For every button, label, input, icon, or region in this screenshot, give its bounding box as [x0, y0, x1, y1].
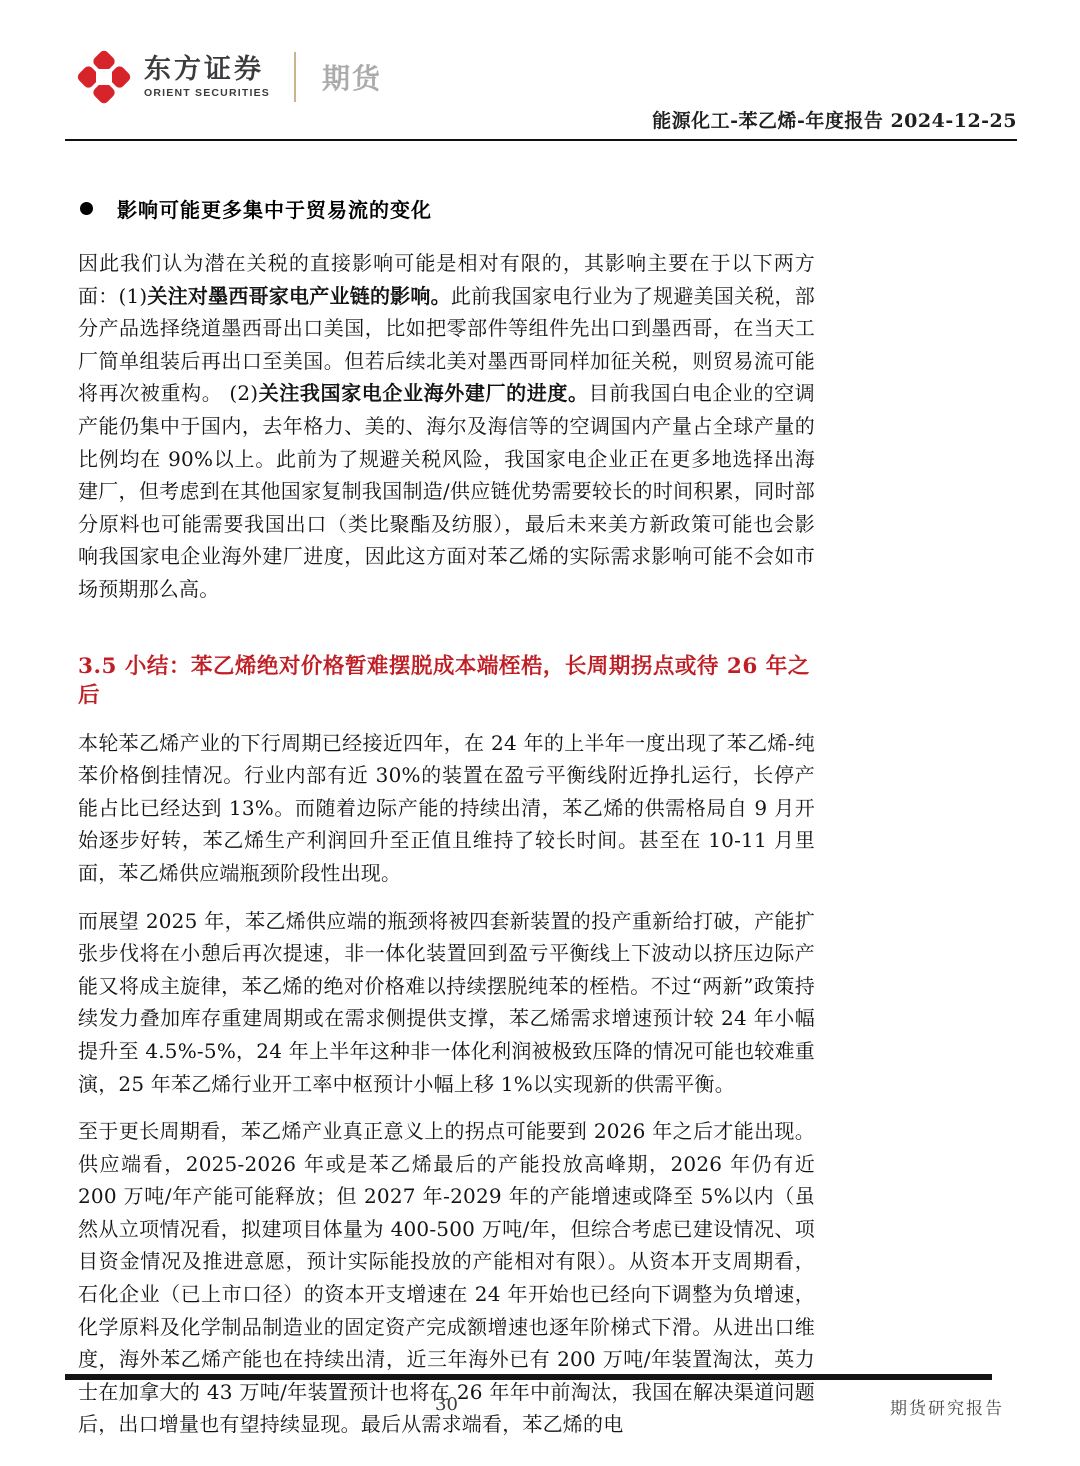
- brand-name: 东方证券 ORIENT SECURITIES: [144, 55, 270, 100]
- report-page: 东方证券 ORIENT SECURITIES 期货 能源化工-苯乙烯-年度报告 …: [0, 0, 1080, 1466]
- brand-name-en: ORIENT SECURITIES: [144, 87, 270, 99]
- paragraph-tariff-impact: 因此我们认为潜在关税的直接影响可能是相对有限的，其影响主要在于以下两方面：(1)…: [78, 247, 815, 606]
- bullet-heading: 影响可能更多集中于贸易流的变化: [78, 194, 815, 223]
- para1-seg4-bold: 关注我国家电企业海外建厂的进度。: [258, 381, 588, 405]
- brand-divider: [294, 52, 296, 102]
- footer-label: 期货研究报告: [890, 1394, 1004, 1419]
- paragraph-current-cycle: 本轮苯乙烯产业的下行周期已经接近四年，在 24 年的上半年一度出现了苯乙烯-纯苯…: [78, 727, 815, 890]
- bullet-heading-text: 影响可能更多集中于贸易流的变化: [117, 194, 432, 223]
- section-heading-3-5: 3.5 小结：苯乙烯绝对价格暂难摆脱成本端桎梏，长周期拐点或待 26 年之后: [78, 652, 815, 710]
- brand-area: 东方证券 ORIENT SECURITIES 期货: [76, 45, 382, 109]
- paragraph-2025-outlook: 而展望 2025 年，苯乙烯供应端的瓶颈将被四套新装置的投产重新给打破，产能扩张…: [78, 905, 815, 1101]
- bullet-dot-icon: [80, 202, 93, 215]
- orient-securities-logo-icon: [76, 49, 133, 106]
- brand-name-cn: 东方证券: [144, 55, 270, 85]
- header-rule: [65, 139, 1017, 141]
- page-header: 东方证券 ORIENT SECURITIES 期货 能源化工-苯乙烯-年度报告 …: [0, 0, 1080, 142]
- division-tag: 期货: [322, 57, 382, 97]
- para1-seg5: 目前我国白电企业的空调产能仍集中于国内，去年格力、美的、海尔及海信等的空调国内产…: [78, 381, 815, 601]
- page-footer: 30 期货研究报告: [0, 1374, 1080, 1466]
- footer-rule: [65, 1374, 992, 1380]
- report-title-date: 能源化工-苯乙烯-年度报告 2024-12-25: [652, 106, 1017, 133]
- document-body: 影响可能更多集中于贸易流的变化 因此我们认为潜在关税的直接影响可能是相对有限的，…: [78, 194, 815, 1456]
- page-number: 30: [78, 1394, 815, 1415]
- para1-seg2-bold: 关注对墨西哥家电产业链的影响。: [147, 284, 450, 308]
